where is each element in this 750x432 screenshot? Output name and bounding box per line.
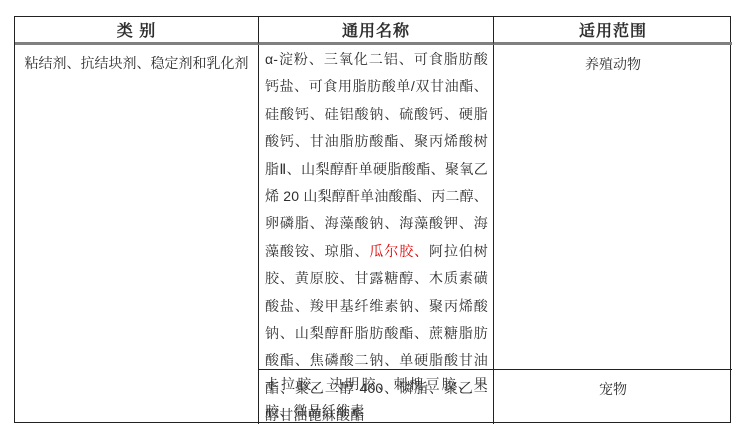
column-header-generic-name: 通用名称: [259, 17, 494, 45]
scope-cell-row1: 养殖动物: [494, 45, 732, 369]
generic-names-cell-row2: 卡拉胶、决明胶、刺槐豆胶、果胶、微晶纤维素: [259, 369, 494, 424]
highlighted-name-segment: 瓜尔胶、: [369, 243, 429, 259]
name-segment: α-淀粉、三氧化二铝、可食脂肪酸钙盐、可食用脂肪酸单/双甘油酯、硅酸钙、硅铝酸钠…: [265, 51, 488, 259]
generic-names-cell-row1: α-淀粉、三氧化二铝、可食脂肪酸钙盐、可食用脂肪酸单/双甘油酯、硅酸钙、硅铝酸钠…: [259, 45, 494, 369]
category-cell: 粘结剂、抗结块剂、稳定剂和乳化剂: [15, 45, 259, 424]
additive-table: 类 别 通用名称 适用范围 粘结剂、抗结块剂、稳定剂和乳化剂 α-淀粉、三氧化二…: [14, 16, 731, 423]
name-segment: 卡拉胶、决明胶、刺槐豆胶、果胶、微晶纤维素: [265, 376, 488, 419]
scope-cell-row2: 宠物: [494, 369, 732, 424]
page: { "colors": { "text": "#2e2e2e", "red": …: [0, 0, 750, 432]
column-header-scope: 适用范围: [494, 17, 732, 45]
column-header-category: 类 别: [15, 17, 259, 45]
